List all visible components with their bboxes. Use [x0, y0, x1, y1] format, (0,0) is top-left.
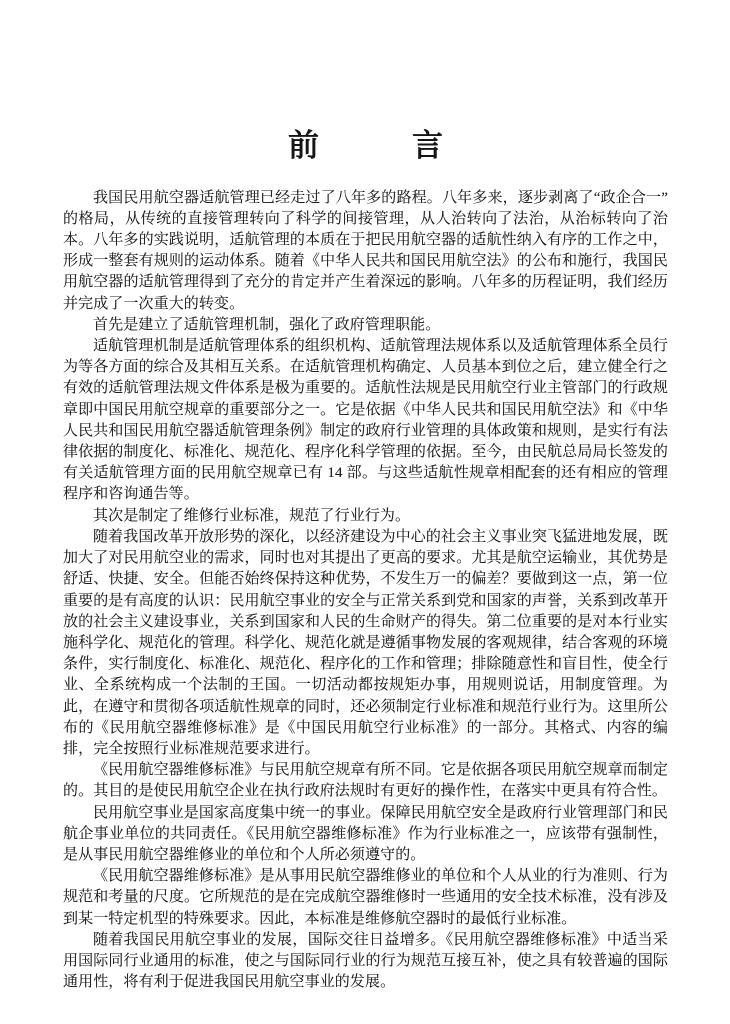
- preface-body: 我国民用航空器适航管理已经走过了八年多的路程。八年多来，逐步剥离了“政企合一”的…: [63, 188, 668, 994]
- paragraph-8: 《民用航空器维修标准》是从事用民航空器维修业的单位和个人从业的行为准则、行为规范…: [63, 866, 668, 930]
- paragraph-5: 随着我国改革开放形势的深化，以经济建设为中心的社会主义事业突飞猛进地发展，既加大…: [63, 527, 668, 760]
- paragraph-6: 《民用航空器维修标准》与民用航空规章有所不同。它是依据各项民用航空规章而制定的。…: [63, 760, 668, 802]
- paragraph-9: 随着我国民用航空事业的发展，国际交往日益增多。《民用航空器维修标准》中适当采用国…: [63, 930, 668, 994]
- paragraph-2: 首先是建立了适航管理机制，强化了政府管理职能。: [63, 315, 668, 336]
- page-title: 前 言: [63, 128, 668, 164]
- paragraph-7: 民用航空事业是国家高度集中统一的事业。保障民用航空安全是政府行业管理部门和民航企…: [63, 803, 668, 867]
- document-page: 前 言 我国民用航空器适航管理已经走过了八年多的路程。八年多来，逐步剥离了“政企…: [0, 0, 730, 1024]
- paragraph-4: 其次是制定了维修行业标准，规范了行业行为。: [63, 506, 668, 527]
- paragraph-3: 适航管理机制是适航管理体系的组织机构、适航管理法规体系以及适航管理体系全员行为等…: [63, 336, 668, 506]
- paragraph-1: 我国民用航空器适航管理已经走过了八年多的路程。八年多来，逐步剥离了“政企合一”的…: [63, 188, 668, 315]
